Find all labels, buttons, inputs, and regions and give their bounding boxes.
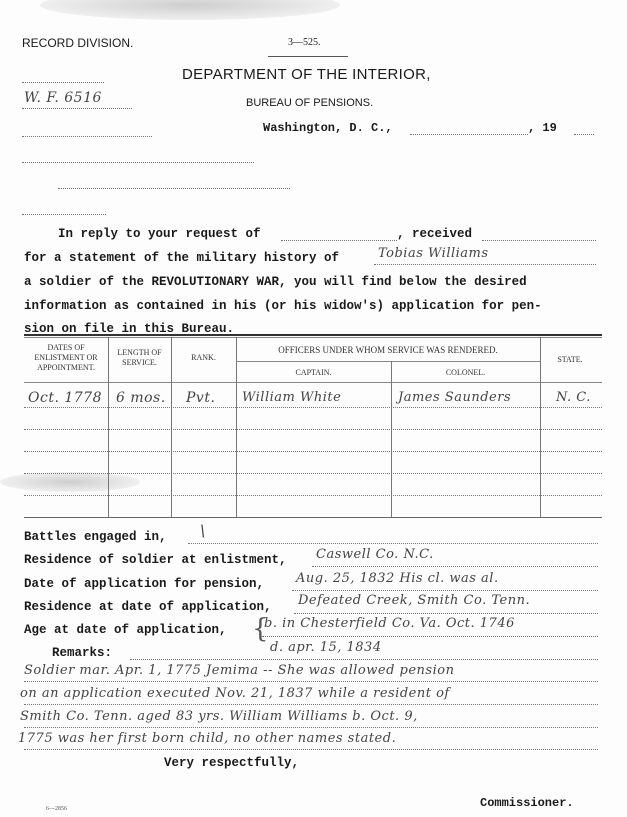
form-code: 6—2856 (46, 806, 67, 812)
row-line (24, 429, 602, 430)
header-length: LENGTH OF SERVICE. (108, 348, 171, 368)
residence-enlistment-value: Caswell Co. N.C. (316, 547, 434, 562)
file-number-handwritten: W. F. 6516 (24, 90, 102, 106)
header-dates: DATES OF ENLISTMENT OR APPOINTMENT. (24, 343, 108, 373)
form-number: 3—525. (288, 37, 321, 48)
cell-date: Oct. 1778 (28, 390, 102, 406)
header-colonel: COLONEL. (391, 368, 540, 378)
dotted-line (24, 704, 598, 705)
row-line (24, 407, 602, 408)
battles-value: \ (200, 521, 206, 540)
col-divider (236, 337, 237, 517)
dotted-line (24, 749, 598, 750)
residence-application-label: Residence at date of application, (24, 600, 272, 614)
age-blank (262, 636, 598, 637)
table-top-border (24, 334, 602, 336)
age-label: Age at date of application, (24, 623, 227, 637)
cell-rank: Pvt. (186, 390, 215, 406)
date-application-value: Aug. 25, 1832 His cl. was al. (296, 571, 499, 586)
header-bottom-border (24, 382, 602, 383)
row-line (24, 495, 602, 496)
residence-application-value: Defeated Creek, Smith Co. Tenn. (298, 593, 530, 608)
dotted-line (58, 188, 290, 189)
cell-state: N. C. (556, 390, 591, 405)
dotted-line (22, 162, 254, 163)
bureau-title: BUREAU OF PENSIONS. (246, 97, 373, 109)
age-value-line2: d. apr. 15, 1834 (270, 640, 382, 655)
date-blank (410, 134, 528, 135)
request-line-4: information as contained in his (or his … (24, 299, 542, 313)
scan-smudge (40, 0, 340, 20)
year-prefix: , 19 (528, 121, 557, 135)
signature-title: Commissioner. (480, 796, 574, 810)
col-divider (391, 361, 392, 517)
received-blank (482, 240, 596, 241)
remarks-line: on an application executed Nov. 21, 1837… (20, 686, 450, 701)
location-line: Washington, D. C., (263, 121, 393, 135)
header-state: STATE. (540, 355, 600, 365)
remarks-blank (130, 659, 598, 660)
date-application-label: Date of application for pension, (24, 577, 264, 591)
dotted-line (24, 727, 598, 728)
row-line (24, 451, 602, 452)
remarks-label: Remarks: (52, 646, 112, 660)
col-divider (171, 337, 172, 517)
cell-colonel: James Saunders (398, 390, 511, 405)
header-captain: CAPTAIN. (236, 368, 391, 378)
residence-enlistment-label: Residence of soldier at enlistment, (24, 553, 287, 567)
scan-smudge (0, 472, 140, 492)
dotted-line (22, 108, 132, 109)
closing: Very respectfully, (164, 756, 299, 770)
request-line-2: for a statement of the military history … (24, 251, 339, 265)
table-bottom-border (24, 517, 602, 518)
year-blank (574, 134, 594, 135)
dotted-line (22, 214, 106, 215)
battles-blank (188, 543, 598, 544)
remarks-line: Soldier mar. Apr. 1, 1775 Jemima -- She … (24, 663, 454, 678)
dotted-line (22, 136, 152, 137)
battles-label: Battles engaged in, (24, 530, 167, 544)
row-line (24, 473, 602, 474)
remarks-line: 1775 was her first born child, no other … (18, 731, 396, 746)
age-value-line1: b. in Chesterfield Co. Va. Oct. 1746 (264, 616, 515, 631)
soldier-name-handwritten: Tobias Williams (378, 246, 489, 261)
table-top-border-thin (24, 337, 602, 338)
officers-divider (236, 361, 540, 362)
dotted-line (24, 681, 598, 682)
record-division-label: RECORD DIVISION. (22, 36, 133, 50)
cell-captain: William White (242, 390, 341, 405)
cell-length: 6 mos. (116, 390, 166, 406)
request-line-b: , received (397, 227, 472, 241)
header-officers: OFFICERS UNDER WHOM SERVICE WAS RENDERED… (236, 345, 540, 355)
department-title: DEPARTMENT OF THE INTERIOR, (182, 66, 431, 83)
divider (268, 56, 348, 57)
residence-application-blank (294, 613, 598, 614)
remarks-line: Smith Co. Tenn. aged 83 yrs. William Wil… (20, 709, 418, 724)
request-date-blank (281, 240, 397, 241)
date-application-blank (292, 590, 598, 591)
residence-enlistment-blank (312, 566, 598, 567)
header-rank: RANK. (171, 353, 236, 363)
soldier-name-blank (374, 264, 596, 265)
request-line-3: a soldier of the REVOLUTIONARY WAR, you … (24, 275, 527, 289)
dotted-line (22, 82, 104, 83)
request-line-a: In reply to your request of (58, 227, 261, 241)
